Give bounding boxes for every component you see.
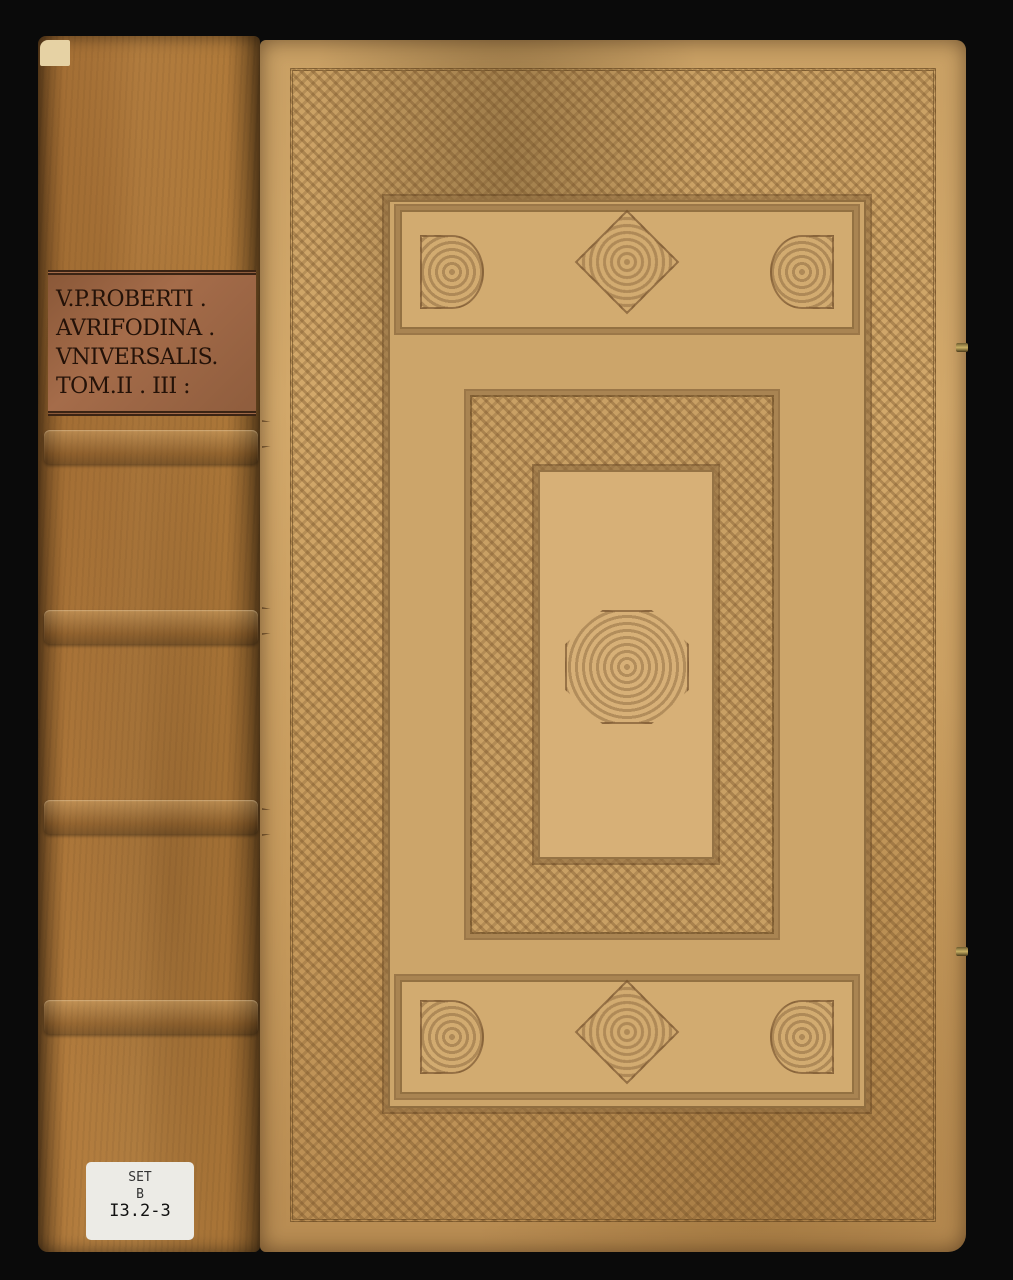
spine-title-label: V.P.ROBERTI . AVRIFODINA . VNIVERSALIS. … (48, 270, 256, 416)
spine-raised-band (44, 610, 258, 644)
top-left-corner-fleuron-icon (420, 235, 484, 309)
bottom-right-corner-fleuron-icon (770, 1000, 834, 1074)
clasp-pin-bottom (956, 947, 968, 956)
top-right-corner-fleuron-icon (770, 235, 834, 309)
title-line-1: V.P.ROBERTI . (56, 285, 250, 314)
title-line-3: VNIVERSALIS. (56, 343, 250, 372)
book-front-cover (260, 40, 966, 1252)
spine-worn-corner (40, 40, 70, 66)
clasp-pin-top (956, 343, 968, 352)
spine-raised-band (44, 430, 258, 464)
title-line-4: TOM.II . III : (56, 372, 250, 401)
spine-raised-band (44, 800, 258, 834)
shelf-sticker-call-number: I3.2-3 (86, 1203, 194, 1220)
book-spine (38, 36, 260, 1252)
shelf-sticker: SET B I3.2-3 (86, 1162, 194, 1240)
spine-raised-band (44, 1000, 258, 1034)
title-line-2: AVRIFODINA . (56, 314, 250, 343)
bottom-left-corner-fleuron-icon (420, 1000, 484, 1074)
shelf-sticker-line-1: SET (86, 1169, 194, 1186)
